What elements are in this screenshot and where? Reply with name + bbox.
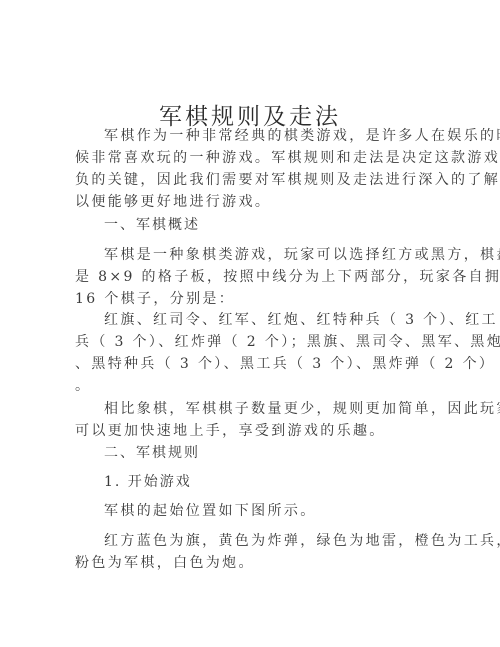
text-line: 军棋作为一种非常经典的棋类游戏，是许多人在娱乐的时 (75, 125, 427, 147)
text-line: 以便能够更好地进行游戏。 (75, 191, 427, 213)
pieces-paragraph: 红旗、红司令、红军、红炮、红特种兵（ 3 个）、红工 兵（ 3 个）、红炸弹（ … (75, 309, 427, 397)
text-line: 负的关键，因此我们需要对军棋规则及走法进行深入的了解， (75, 169, 427, 191)
intro-paragraph: 军棋作为一种非常经典的棋类游戏，是许多人在娱乐的时 候非常喜欢玩的一种游戏。军棋… (75, 125, 427, 213)
text-line: 是 8×9 的格子板，按照中线分为上下两部分，玩家各自拥有 (75, 266, 427, 288)
text-line: 兵（ 3 个）、红炸弹（ 2 个）；黑旗、黑司令、黑军、黑炮 (75, 331, 427, 353)
section-heading-overview: 一、军棋概述 (104, 214, 200, 236)
start-position-paragraph: 军棋的起始位置如下图所示。 (75, 500, 427, 522)
comparison-paragraph: 相比象棋，军棋棋子数量更少，规则更加简单，因此玩家 可以更加快速地上手，享受到游… (75, 398, 427, 442)
text-line: 军棋是一种象棋类游戏，玩家可以选择红方或黑方，棋盘 (75, 244, 427, 266)
text-line: 红方蓝色为旗，黄色为炸弹，绿色为地雷，橙色为工兵， (75, 530, 427, 552)
text-line: 相比象棋，军棋棋子数量更少，规则更加简单，因此玩家 (75, 398, 427, 420)
text-line: 红旗、红司令、红军、红炮、红特种兵（ 3 个）、红工 (75, 309, 427, 331)
text-line: 、黑特种兵（ 3 个）、黑工兵（ 3 个）、黑炸弹（ 2 个） (75, 353, 427, 375)
subheading-start-game: 1. 开始游戏 (104, 471, 192, 493)
text-line: 可以更加快速地上手，享受到游戏的乐趣。 (75, 420, 427, 442)
text-line: 军棋的起始位置如下图所示。 (75, 500, 427, 522)
text-line: 。 (75, 375, 427, 397)
text-line: 16 个棋子，分别是： (75, 288, 427, 310)
document-page: 军棋规则及走法 军棋作为一种非常经典的棋类游戏，是许多人在娱乐的时 候非常喜欢玩… (0, 0, 500, 647)
overview-paragraph: 军棋是一种象棋类游戏，玩家可以选择红方或黑方，棋盘 是 8×9 的格子板，按照中… (75, 244, 427, 310)
text-line: 粉色为军棋，白色为炮。 (75, 552, 427, 574)
section-heading-rules: 二、军棋规则 (104, 442, 200, 464)
colors-paragraph: 红方蓝色为旗，黄色为炸弹，绿色为地雷，橙色为工兵， 粉色为军棋，白色为炮。 (75, 530, 427, 574)
text-line: 候非常喜欢玩的一种游戏。军棋规则和走法是决定这款游戏胜 (75, 147, 427, 169)
